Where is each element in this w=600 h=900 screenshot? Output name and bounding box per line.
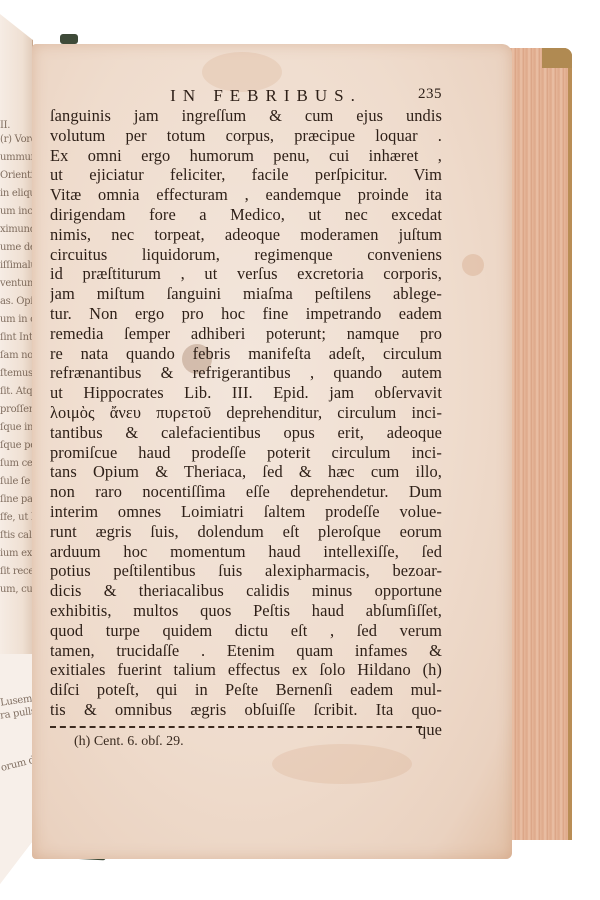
margin-fragment: ſam notumva	[0, 350, 33, 361]
margin-fragment: ventum condi	[0, 278, 33, 289]
foxing-stain	[272, 744, 412, 784]
margin-fragment: ſtis calimis	[0, 530, 33, 541]
margin-fragment: ſtemus aud	[0, 368, 33, 379]
text-line: exhibitis, multos quos Peſtis haud abſum…	[50, 601, 442, 621]
margin-fragment: ſule ſe per	[0, 476, 33, 487]
text-line: dirigendam fore a Medico, ut nec excedat	[50, 205, 442, 225]
binding-fragment-top	[60, 34, 78, 44]
footnote-rule	[50, 726, 422, 728]
text-line: non raro nocentiſſima eſſe deprehendetur…	[50, 482, 442, 502]
text-line: exitiales fuerint talium effectus ex ſol…	[50, 660, 442, 680]
margin-fragment: ſit recens	[0, 566, 33, 577]
margin-fragment: orum di pullenz	[0, 745, 33, 774]
margin-fragment: as. Opia ni iti	[0, 296, 33, 307]
margin-fragment: ſum certa ou	[0, 458, 33, 469]
text-line: ut Hippocrates Lib. III. Epid. jam obſer…	[50, 383, 442, 403]
text-line: diſci poteſt, qui in Peſte Bernenſi eade…	[50, 680, 442, 700]
text-line: quod turpe quidem dictu eſt , ſed verum	[50, 621, 442, 641]
margin-fragment: iſſimalus libe	[0, 260, 33, 271]
text-line: jam miſtum ſanguini miaſma peſtilens abl…	[50, 284, 442, 304]
page-number: 235	[418, 86, 442, 103]
text-line: dicis & theriacalibus calidis minus oppo…	[50, 581, 442, 601]
text-line: tis & omnibus ægris obſuiſſe ſcribit. It…	[50, 700, 442, 720]
text-line: Ex omni ergo humorum penu, cui inhæret ,	[50, 146, 442, 166]
margin-fragment: II.	[0, 120, 10, 131]
text-line: promiſcue haud prodeſſe poterit circulum…	[50, 443, 442, 463]
text-line: interim omnes Loimiatri ſaltem prodeſſe …	[50, 502, 442, 522]
previous-page-edge: II. (r) Vord. li ummum pe Orientis, fe i…	[0, 14, 33, 884]
footnote: (h) Cent. 6. obſ. 29.	[74, 734, 184, 750]
text-line: tans Opium & Theriaca, ſed & hæc cum ill…	[50, 462, 442, 482]
foxing-stain	[462, 254, 484, 276]
margin-fragment: ſfe, ut ham	[0, 512, 33, 523]
running-head: IN FEBRIBUS. 235	[50, 86, 442, 106]
margin-fragment: (r) Vord. li	[0, 134, 33, 145]
margin-fragment: ſque ingenio	[0, 422, 33, 433]
book-page: IN FEBRIBUS. 235 ſanguinis jam ingreſſum…	[32, 44, 512, 859]
text-line: re nata quando febris manifeſta adeſt, c…	[50, 344, 442, 364]
previous-page-lower-area: Lusemagis, ra pulls. orum di pullenz	[0, 654, 32, 884]
text-line-greek: λοιμὸς ἄνευ πυρετοῦ deprehenditur, circu…	[50, 403, 442, 423]
margin-fragment: um in compo	[0, 314, 33, 325]
margin-fragment: Orientis, fe	[0, 170, 33, 181]
margin-fragment: ſine patet	[0, 494, 33, 505]
text-line: tantibus & calefacientibus opus erit, ad…	[50, 423, 442, 443]
margin-fragment: ummum pe	[0, 152, 33, 163]
margin-fragment: ſque perm	[0, 440, 33, 451]
text-line: tur. Non ergo pro hoc fine impetrando ea…	[50, 304, 442, 324]
text-line: runt ægris ſuis, dolendum eſt pleroſque …	[50, 522, 442, 542]
text-line: circuitus liquidorum, regimenque conveni…	[50, 245, 442, 265]
text-line: arduum hoc momentum haud intellexiſſe, ſ…	[50, 542, 442, 562]
margin-fragment: um incidiſſe	[0, 206, 33, 217]
text-line: tamen, trucidaſſe . Etenim quam infames …	[50, 641, 442, 661]
margin-fragment: ſint Intus, ut re	[0, 332, 33, 343]
text-line: nimis, nec torpeat, adeoque moderamen ju…	[50, 225, 442, 245]
text-line: id præſtiturum , ut verſus excretoria co…	[50, 264, 442, 284]
margin-fragment: ume de plu	[0, 242, 33, 253]
text-line: refrænantibus & refrigerantibus , quando…	[50, 363, 442, 383]
text-line: ut ejiciatur feliciter, facile perſpicit…	[50, 165, 442, 185]
margin-fragment: proſſemur,	[0, 404, 33, 415]
margin-fragment: um, cum Oc	[0, 584, 33, 595]
text-line: potius peſtilentibus ſuis alexipharmacis…	[50, 561, 442, 581]
margin-fragment: ium exhibi	[0, 548, 33, 559]
text-line: ſanguinis jam ingreſſum & cum ejus undis	[50, 106, 442, 126]
text-line: Vitæ omnia effecturam , eandemque proind…	[50, 185, 442, 205]
page-text: IN FEBRIBUS. 235 ſanguinis jam ingreſſum…	[50, 86, 442, 740]
text-line: volutum per totum corpus, præcipue loqua…	[50, 126, 442, 146]
running-head-title: IN FEBRIBUS.	[170, 86, 362, 105]
text-line: remedia ſemper adhiberi poterunt; namque…	[50, 324, 442, 344]
margin-fragment: in eliquem	[0, 188, 33, 199]
margin-fragment: ximunda lio	[0, 224, 33, 235]
margin-fragment: ſit. Atque vi	[0, 386, 33, 397]
